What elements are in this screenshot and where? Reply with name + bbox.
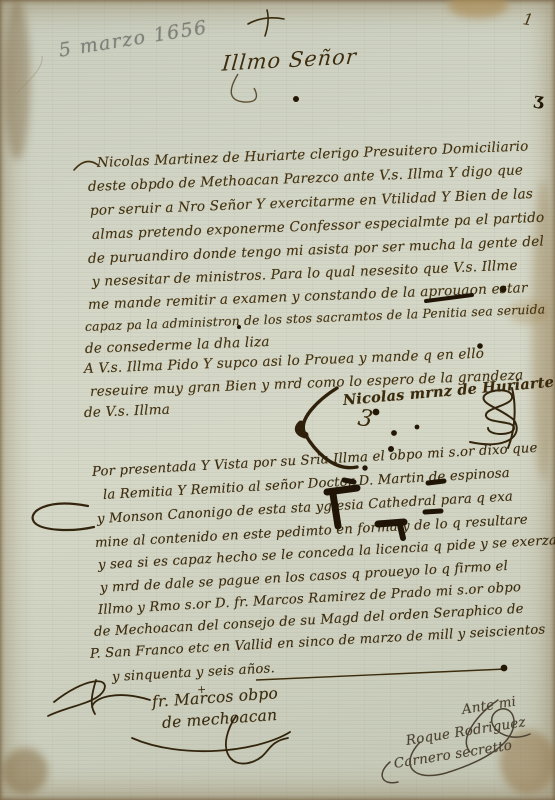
stain xyxy=(448,0,508,18)
stain xyxy=(2,748,48,794)
stain xyxy=(4,0,30,160)
petition-line: de V.s. Illma xyxy=(84,402,171,421)
pencil-arc xyxy=(16,56,42,94)
petition-opening-hook xyxy=(74,161,98,170)
folio-number: 1 xyxy=(521,9,534,29)
petition-line: de consederme la dha liza xyxy=(85,334,270,357)
archival-date-annotation: 5 marzo 1656 xyxy=(57,16,209,61)
ink-flourishes-overlay xyxy=(0,0,555,800)
invocation-cross-icon xyxy=(248,10,284,36)
page-edge-vignette xyxy=(0,0,555,800)
manuscript-page: 5 marzo 1656 1 ʒ Illmo Señor Nicolas Mar… xyxy=(0,0,555,800)
notary-attestation: Ante mi xyxy=(461,694,518,718)
right-margin-scribal-mark: ʒ xyxy=(533,89,545,110)
manuscript-photo: 5 marzo 1656 1 ʒ Illmo Señor Nicolas Mar… xyxy=(0,0,555,800)
decree-left-bracket xyxy=(33,504,94,530)
bishop-signature-see: de mechoacan xyxy=(161,706,277,732)
scribal-mark: 3 xyxy=(356,405,375,433)
closing-rule xyxy=(256,665,507,680)
salutation-heading: Illmo Señor xyxy=(221,44,358,75)
bottom-left-paraph xyxy=(48,680,105,716)
heading-swash xyxy=(231,74,256,102)
decree-line: y sinquenta y seis años. xyxy=(112,661,276,685)
